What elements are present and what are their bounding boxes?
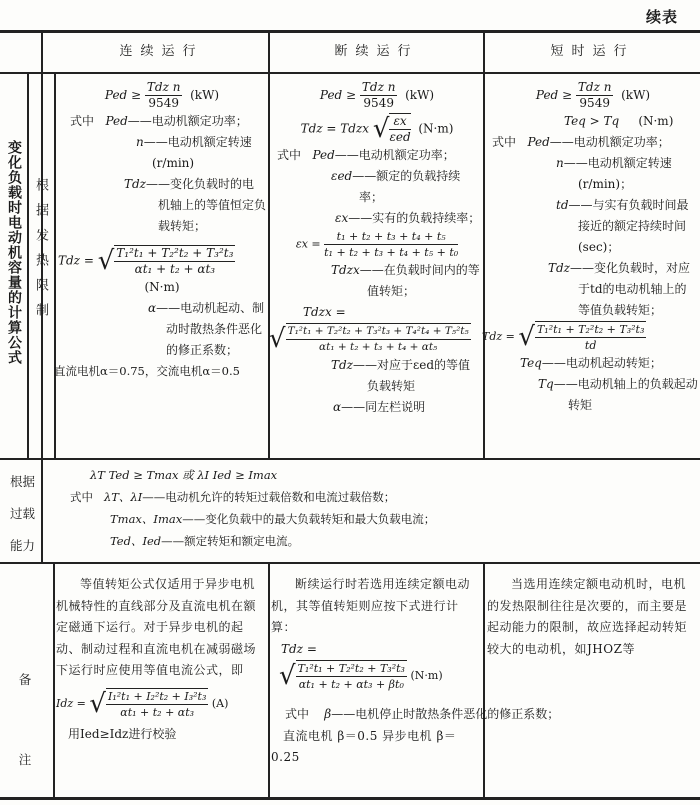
remarks-short-time-cell: 当选用连续定额电动机时，电机的发热限制往往是次要的，而主要是起动能力的限制，故应… xyxy=(487,574,697,660)
col-divider-sublabel-left xyxy=(27,74,29,458)
col-divider-remarks-label xyxy=(53,564,55,797)
capacity-continuous-cell: Ped ≥ Tdz n9549 (kW) 式中 Ped——电动机额定功率； n—… xyxy=(58,80,266,382)
col-divider-remarks-1 xyxy=(268,564,270,797)
table-top-rule xyxy=(0,30,700,33)
col-divider-1 xyxy=(268,32,270,458)
col-divider-2 xyxy=(483,32,485,458)
remarks-intermittent-cell: 断续运行时若选用连续定额电动机，其等值转矩则应按下式进行计算： Tdz = √T… xyxy=(271,574,481,769)
remarks-continuous-cell: 等值转矩公式仅适用于异步电机机械特性的直线部分及直流电机在额定磁通下运行。对于异… xyxy=(56,574,266,745)
section-capacity-bottom-rule xyxy=(0,458,700,460)
column-header-short-time: 短时运行 xyxy=(485,40,700,64)
section-capacity-label: 变化负载时电动机容量的计算公式 xyxy=(4,140,24,440)
column-header-continuous: 连续运行 xyxy=(55,40,268,64)
col-divider-overload xyxy=(41,460,43,562)
overload-formula: λT Ted ≥ Tmax 或 λI Ied ≥ Imax xyxy=(60,464,690,486)
column-header-intermittent: 断续运行 xyxy=(270,40,483,64)
capacity-short-time-cell: Ped ≥ Tdz n9549 (kW) Teq > Tq (N·m) 式中 P… xyxy=(488,80,698,416)
section-remarks-label: 备注 xyxy=(18,640,38,800)
col-divider-remarks-2 xyxy=(483,564,485,797)
power-formula: Ped ≥ Tdz n9549 (kW) xyxy=(58,80,266,111)
header-bottom-rule xyxy=(0,72,700,74)
overload-cell: λT Ted ≥ Tmax 或 λI Ied ≥ Imax 式中 λT、λI——… xyxy=(60,464,690,552)
table-bottom-rule xyxy=(0,797,700,800)
section-overload-label: 根据过载能力 xyxy=(10,466,38,562)
section-overload-bottom-rule xyxy=(0,562,700,564)
equivalent-torque-formula: Tdz = √T₁²t₁ + T₂²t₂ + T₃²t₃αt₁ + t₂ + α… xyxy=(58,245,266,277)
col-divider-sublabel-right xyxy=(54,74,56,458)
section-capacity-sublabel: 根据发热限制 xyxy=(31,178,50,378)
continuation-label: 续表 xyxy=(646,6,678,27)
capacity-intermittent-cell: Ped ≥ Tdz n9549 (kW) Tdz = Tdzx √εxεed (… xyxy=(273,80,481,418)
